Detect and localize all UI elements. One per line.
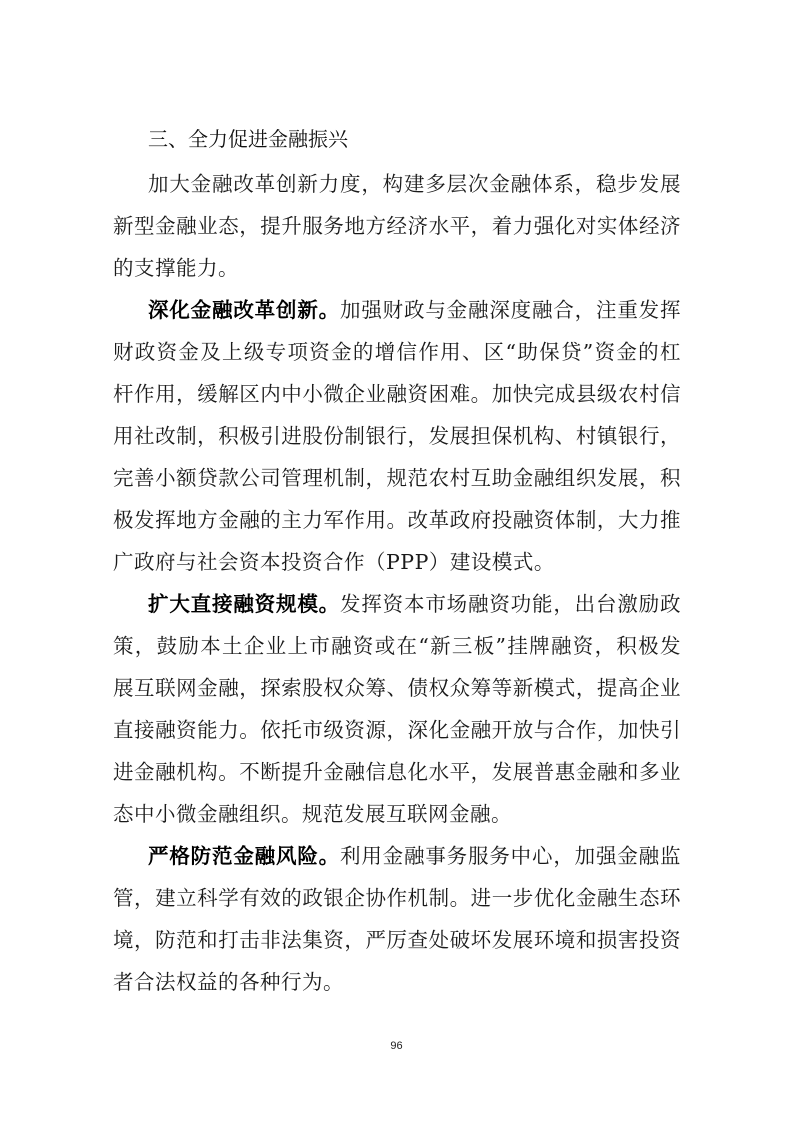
paragraph-3-first-line: 严格防范金融风险。利用金融事务服务中心，加强金融监: [148, 842, 681, 870]
paragraph-1-first-line-text: 加强财政与金融深度融合，注重发挥: [340, 298, 681, 322]
paragraph-1-line: 用社改制，积极引进股份制银行，发展担保机构、村镇银行，: [113, 422, 681, 450]
paragraph-2-first-line-text: 发挥资本市场融资功能，出台激励政: [340, 592, 681, 616]
paragraph-3-lead: 严格防范金融风险。: [148, 844, 340, 868]
section-heading: 三、全力促进金融振兴: [148, 125, 348, 153]
paragraph-1-line: 财政资金及上级专项资金的增信作用、区“助保贷”资金的杠: [113, 338, 681, 366]
intro-line-3: 的支撑能力。: [113, 254, 681, 282]
paragraph-2-lead: 扩大直接融资规模。: [148, 592, 340, 616]
paragraph-3-line: 境，防范和打击非法集资，严厉查处破坏发展环境和损害投资: [113, 926, 681, 954]
paragraph-2-line: 进金融机构。不断提升金融信息化水平，发展普惠金融和多业: [113, 758, 681, 786]
paragraph-2-line: 策，鼓励本土企业上市融资或在“新三板”挂牌融资，积极发: [113, 632, 681, 660]
paragraph-1-lead: 深化金融改革创新。: [148, 298, 340, 322]
page-number: 96: [0, 1040, 793, 1052]
paragraph-3-first-line-text: 利用金融事务服务中心，加强金融监: [340, 844, 681, 868]
paragraph-2-line: 展互联网金融，探索股权众筹、债权众筹等新模式，提高企业: [113, 674, 681, 702]
intro-line-2: 新型金融业态，提升服务地方经济水平，着力强化对实体经济: [113, 212, 681, 240]
paragraph-2-line: 态中小微金融组织。规范发展互联网金融。: [113, 800, 681, 828]
paragraph-2-first-line: 扩大直接融资规模。发挥资本市场融资功能，出台激励政: [148, 590, 681, 618]
paragraph-2-line: 直接融资能力。依托市级资源，深化金融开放与合作，加快引: [113, 716, 681, 744]
intro-line-1: 加大金融改革创新力度，构建多层次金融体系，稳步发展: [148, 170, 681, 198]
paragraph-3-line: 管，建立科学有效的政银企协作机制。进一步优化金融生态环: [113, 884, 681, 912]
paragraph-1-line: 广政府与社会资本投资合作（PPP）建设模式。: [113, 548, 681, 576]
paragraph-1-line: 完善小额贷款公司管理机制，规范农村互助金融组织发展，积: [113, 464, 681, 492]
paragraph-1-first-line: 深化金融改革创新。加强财政与金融深度融合，注重发挥: [148, 296, 681, 324]
paragraph-1-line: 杆作用，缓解区内中小微企业融资困难。加快完成县级农村信: [113, 380, 681, 408]
paragraph-3-line: 者合法权益的各种行为。: [113, 968, 681, 996]
document-page: 三、全力促进金融振兴 加大金融改革创新力度，构建多层次金融体系，稳步发展 新型金…: [0, 0, 793, 1122]
paragraph-1-line: 极发挥地方金融的主力军作用。改革政府投融资体制，大力推: [113, 506, 681, 534]
